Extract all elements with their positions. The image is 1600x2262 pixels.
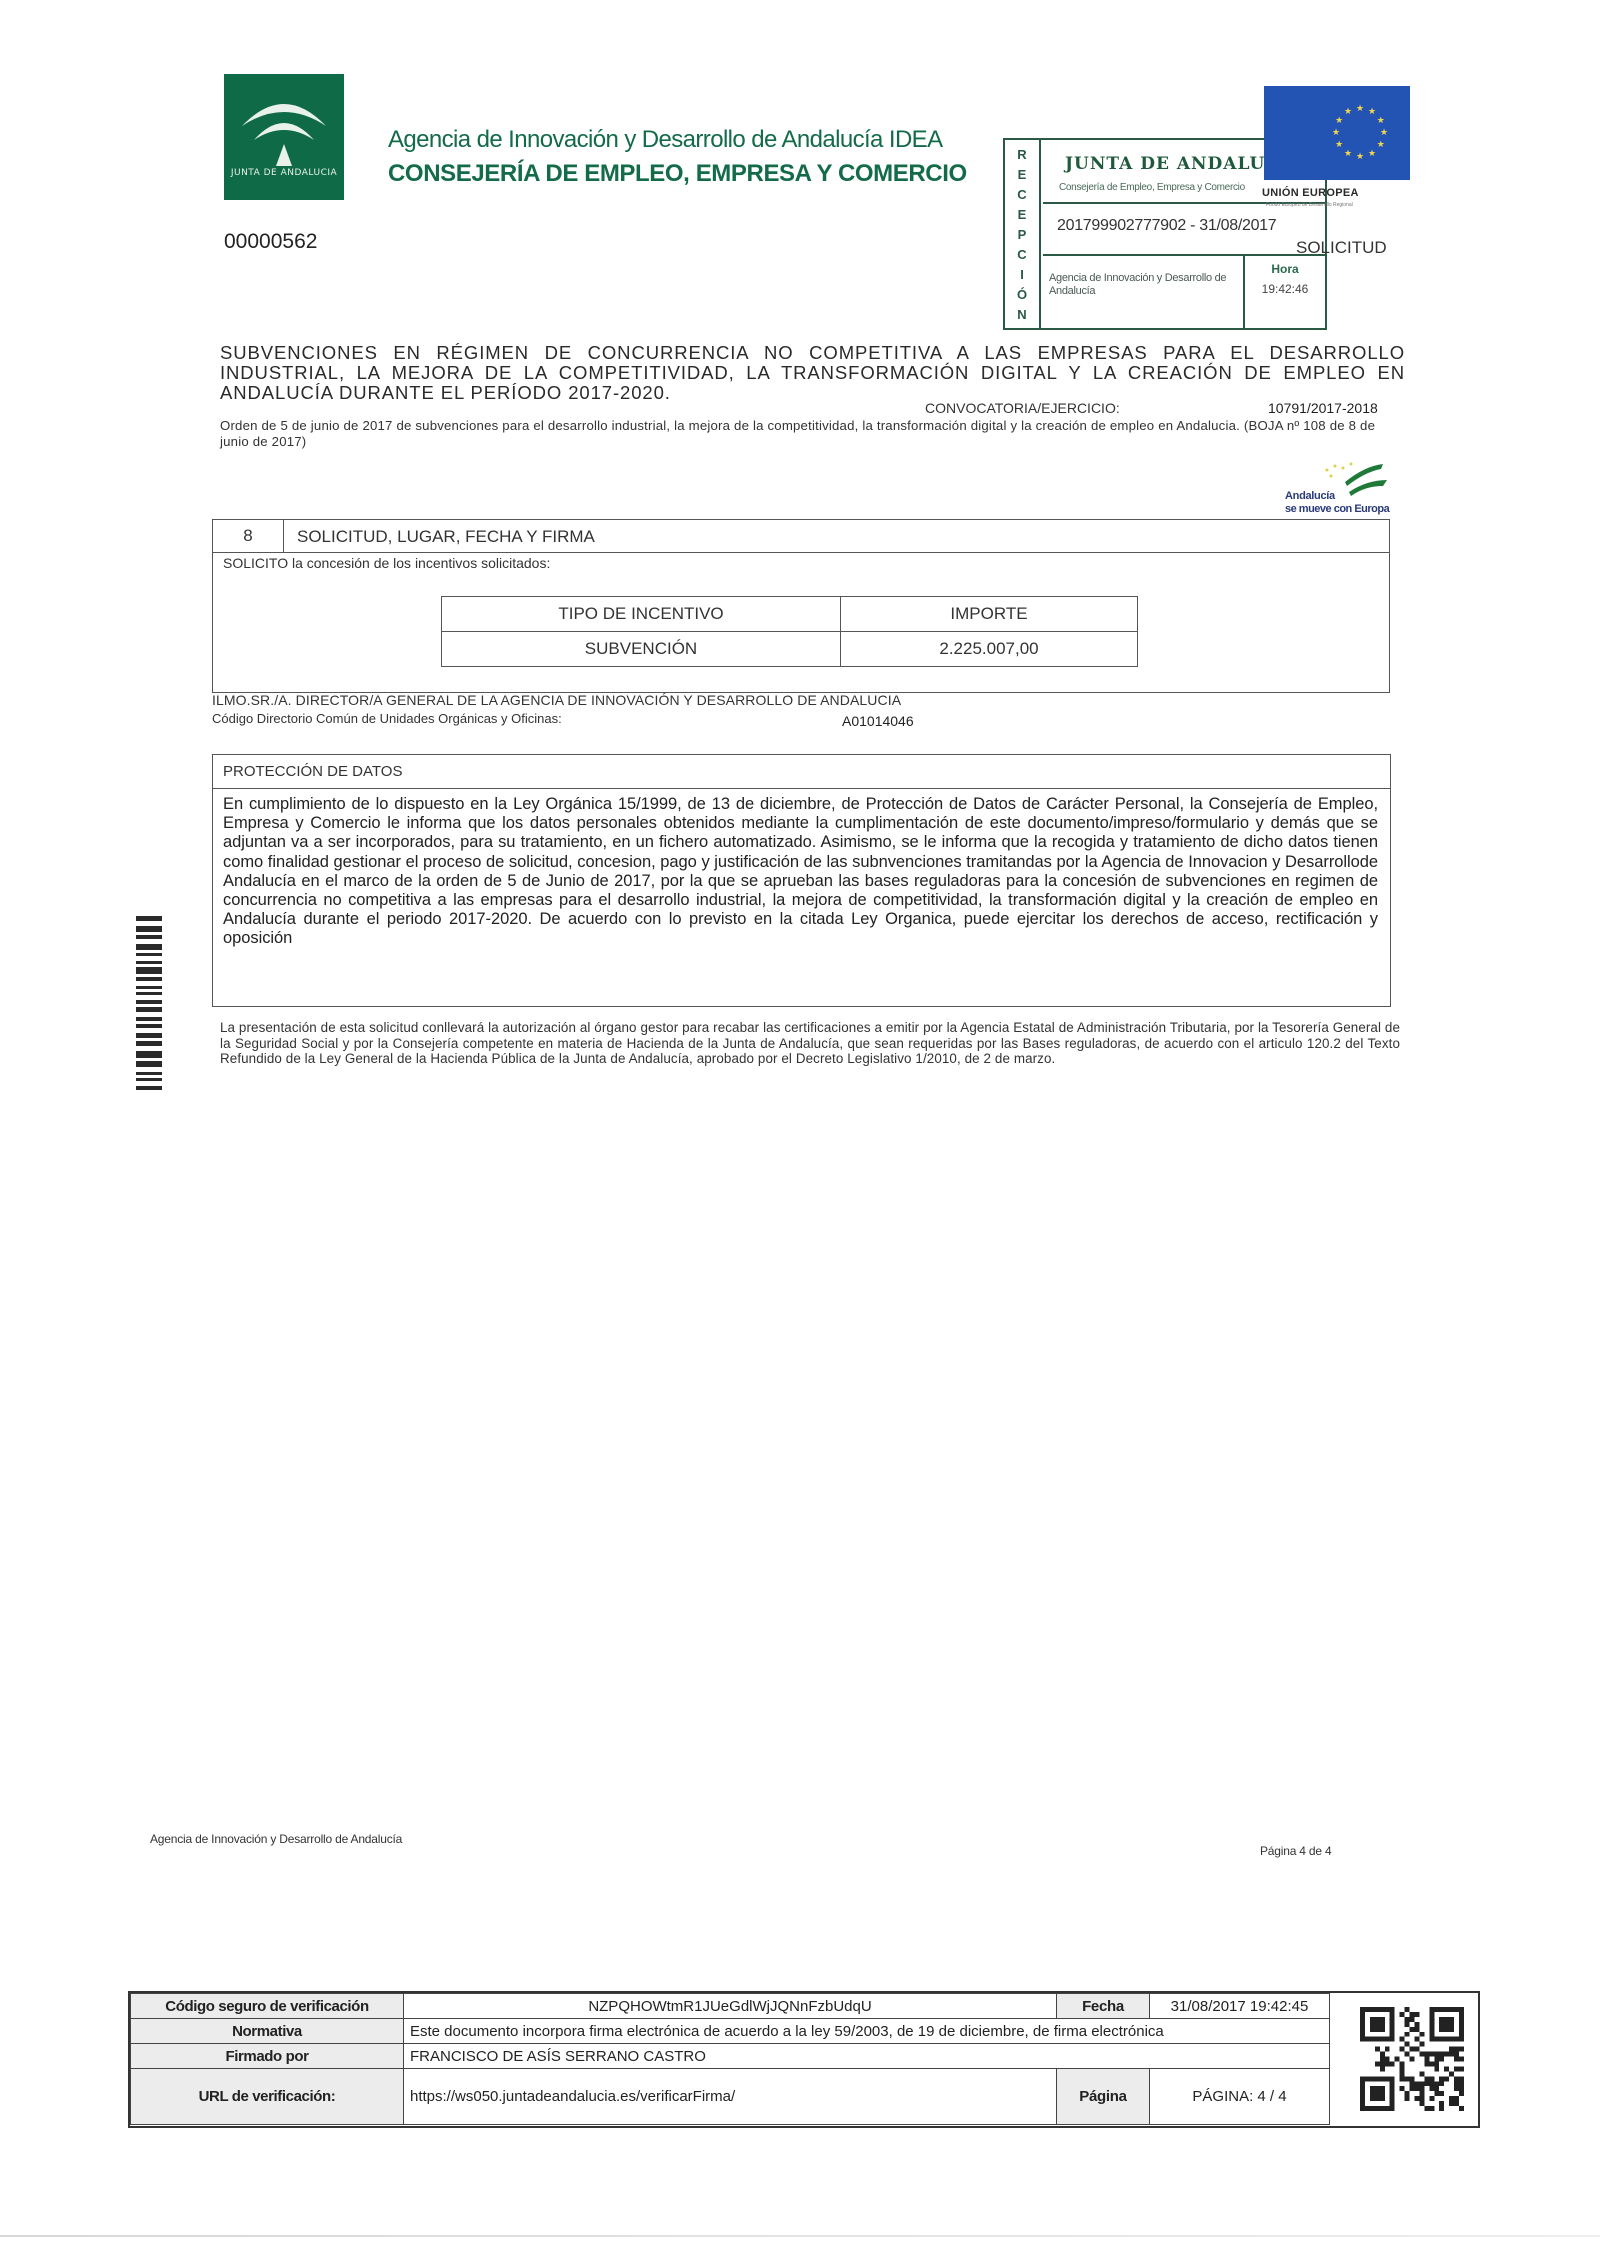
url-label: URL de verificación: <box>131 2069 404 2125</box>
andalucia-text: Andalucía <box>1285 490 1335 502</box>
url-value[interactable]: https://ws050.juntadeandalucia.es/verifi… <box>404 2069 1057 2125</box>
order-reference: Orden de 5 de junio de 2017 de subvencio… <box>220 418 1405 450</box>
ministry-name: CONSEJERÍA DE EMPLEO, EMPRESA Y COMERCIO <box>388 160 967 188</box>
stamp-footer: Agencia de Innovación y Desarrollo de An… <box>1043 256 1325 328</box>
stamp-hora-label: Hora <box>1245 262 1325 276</box>
stamp-letter: E <box>1018 167 1027 182</box>
stamp-letter: P <box>1018 227 1027 242</box>
addressee: ILMO.SR./A. DIRECTOR/A GENERAL DE LA AGE… <box>212 692 901 708</box>
qr-code-icon <box>1360 2007 1464 2111</box>
data-protection-body: En cumplimiento de lo dispuesto en la Le… <box>223 795 1378 949</box>
section-number: 8 <box>213 520 284 552</box>
firmado-value: FRANCISCO DE ASÍS SERRANO CASTRO <box>404 2044 1330 2069</box>
svg-text:★: ★ <box>1344 106 1352 116</box>
registry-number: 00000562 <box>224 230 317 254</box>
incentives-table: TIPO DE INCENTIVO IMPORTE SUBVENCIÓN 2.2… <box>441 596 1138 667</box>
junta-arches-icon <box>224 74 344 200</box>
csv-label: Código seguro de verificación <box>131 1994 404 2019</box>
table-row: URL de verificación: https://ws050.junta… <box>131 2069 1330 2125</box>
europa-text: se mueve con Europa <box>1285 503 1389 515</box>
svg-text:★: ★ <box>1344 148 1352 158</box>
table-header-row: TIPO DE INCENTIVO IMPORTE <box>442 597 1138 632</box>
logo-text: JUNTA DE ANDALUCIA <box>224 168 344 178</box>
svg-text:★: ★ <box>1332 127 1340 137</box>
footer-agency: Agencia de Innovación y Desarrollo de An… <box>150 1832 402 1846</box>
table-row: Código seguro de verificación NZPQHOWtmR… <box>131 1994 1330 2019</box>
incentive-type: SUBVENCIÓN <box>442 632 841 667</box>
convocatoria-value: 10791/2017-2018 <box>1268 400 1378 416</box>
csv-value: NZPQHOWtmR1JUeGdlWjJQNnFzbUdqU <box>404 1994 1057 2019</box>
incentive-amount: 2.225.007,00 <box>841 632 1138 667</box>
andalucia-europa-logo: Andalucía se mueve con Europa <box>1265 456 1405 518</box>
table-row: Firmado por FRANCISCO DE ASÍS SERRANO CA… <box>131 2044 1330 2069</box>
junta-andalucia-logo: JUNTA DE ANDALUCIA <box>224 74 344 200</box>
dir3-label: Código Directorio Común de Unidades Orgá… <box>212 711 562 726</box>
solicito-text: SOLICITO la concesión de los incentivos … <box>223 555 550 571</box>
page-edge <box>0 2235 1600 2237</box>
svg-text:★: ★ <box>1377 139 1385 149</box>
column-header: TIPO DE INCENTIVO <box>442 597 841 632</box>
eu-flag-icon: ★★★★★★★★★★★★ <box>1264 86 1410 180</box>
column-header: IMPORTE <box>841 597 1138 632</box>
document-title: SUBVENCIONES EN RÉGIMEN DE CONCURRENCIA … <box>220 343 1405 403</box>
data-protection-box: PROTECCIÓN DE DATOS En cumplimiento de l… <box>212 754 1391 1007</box>
svg-text:★: ★ <box>1356 151 1364 161</box>
firmado-label: Firmado por <box>131 2044 404 2069</box>
pagina-label: Página <box>1057 2069 1150 2125</box>
agency-name: Agencia de Innovación y Desarrollo de An… <box>388 126 943 154</box>
verification-block: Código seguro de verificación NZPQHOWtmR… <box>128 1991 1480 2128</box>
data-protection-title: PROTECCIÓN DE DATOS <box>223 763 402 780</box>
pagina-value: PÁGINA: 4 / 4 <box>1150 2069 1330 2125</box>
document-type: SOLICITUD <box>1296 238 1387 258</box>
stamp-hora-value: 19:42:46 <box>1245 282 1325 296</box>
section-title: SOLICITUD, LUGAR, FECHA Y FIRMA <box>297 520 595 552</box>
svg-text:★: ★ <box>1335 139 1343 149</box>
normativa-label: Normativa <box>131 2019 404 2044</box>
footer-page-number: Página 4 de 4 <box>1260 1844 1331 1858</box>
convocatoria-label: CONVOCATORIA/EJERCICIO: <box>925 400 1120 416</box>
svg-text:★: ★ <box>1356 103 1364 113</box>
eu-label: UNIÓN EUROPEA <box>1262 187 1359 199</box>
stamp-letter: I <box>1020 267 1024 282</box>
stamp-hora: Hora 19:42:46 <box>1243 256 1325 328</box>
svg-text:★: ★ <box>1380 127 1388 137</box>
stamp-vertical-label: R E C E P C I Ó N <box>1005 140 1041 328</box>
stamp-entry: 201799902777902 - 31/08/2017 <box>1043 204 1325 256</box>
table-row: SUBVENCIÓN 2.225.007,00 <box>442 632 1138 667</box>
svg-text:★: ★ <box>1377 115 1385 125</box>
section-8: 8 SOLICITUD, LUGAR, FECHA Y FIRMA SOLICI… <box>212 519 1390 693</box>
normativa-value: Este documento incorpora firma electróni… <box>404 2019 1330 2044</box>
divider <box>213 788 1390 789</box>
stamp-letter: Ó <box>1017 287 1027 302</box>
fecha-value: 31/08/2017 19:42:45 <box>1150 1994 1330 2019</box>
table-row: Normativa Este documento incorpora firma… <box>131 2019 1330 2044</box>
authorization-notice: La presentación de esta solicitud conlle… <box>220 1020 1400 1067</box>
stamp-consejeria: Consejería de Empleo, Empresa y Comercio <box>1059 182 1245 193</box>
svg-text:★: ★ <box>1335 115 1343 125</box>
stamp-letter: C <box>1017 187 1026 202</box>
svg-text:★: ★ <box>1368 106 1376 116</box>
barcode-icon <box>136 910 176 1180</box>
stamp-letter: N <box>1017 307 1026 322</box>
fecha-label: Fecha <box>1057 1994 1150 2019</box>
divider <box>213 552 1389 553</box>
stamp-letter: E <box>1018 207 1027 222</box>
stamp-agency: Agencia de Innovación y Desarrollo de An… <box>1049 272 1239 298</box>
stamp-letter: C <box>1017 247 1026 262</box>
svg-text:★: ★ <box>1368 148 1376 158</box>
stamp-entry-number: 201799902777902 - 31/08/2017 <box>1057 217 1276 235</box>
dir3-value: A01014046 <box>842 713 914 729</box>
eu-sublabel: Fondo Europeo de Desarrollo Regional <box>1266 202 1353 208</box>
stamp-letter: R <box>1017 147 1026 162</box>
verification-table: Código seguro de verificación NZPQHOWtmR… <box>130 1993 1330 2125</box>
